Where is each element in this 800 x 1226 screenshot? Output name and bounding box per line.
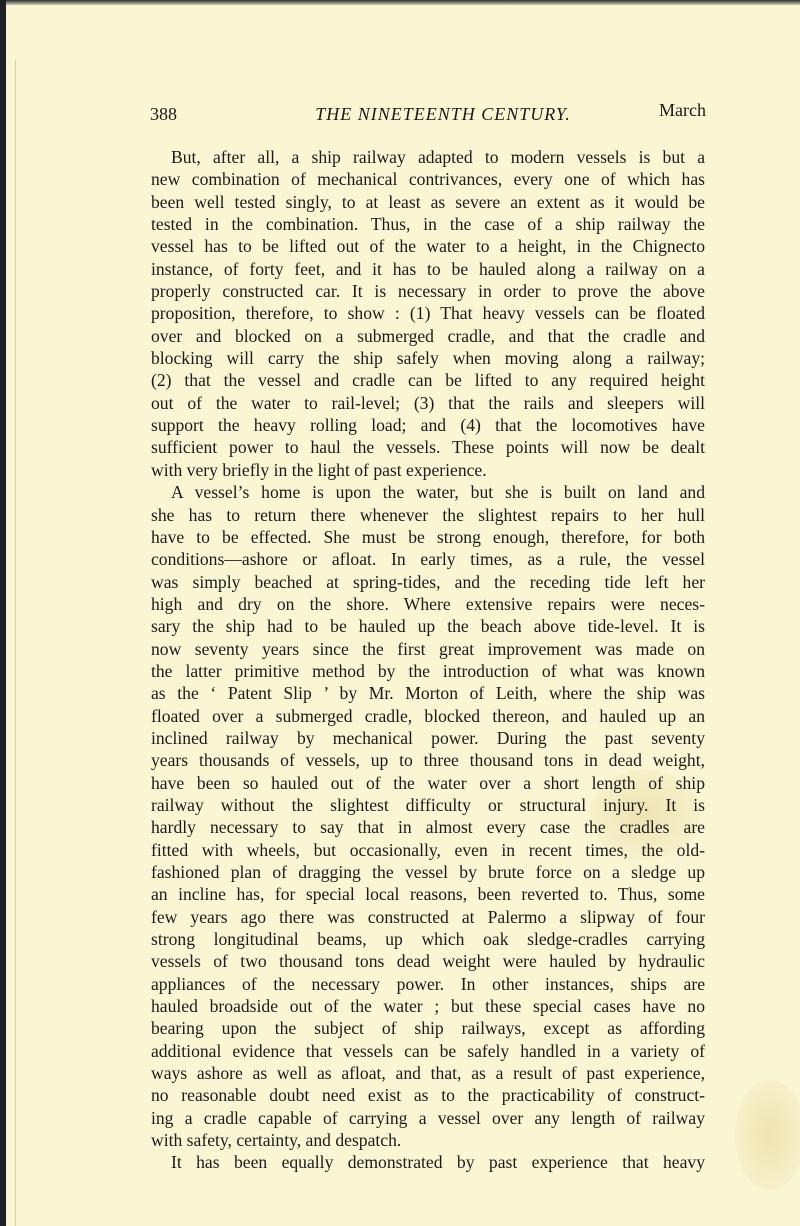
text-line: vessels of two thousand tons dead weight… <box>151 950 705 972</box>
text-line: as the ‘ Patent Slip ’ by Mr. Morton of … <box>151 682 705 704</box>
body-text: But, after all, a ship railway adapted t… <box>151 146 705 1174</box>
text-line: over and blocked on a submerged cradle, … <box>151 325 705 347</box>
text-line: vessel has to be lifted out of the water… <box>151 235 705 257</box>
text-line: (2) that the vessel and cradle can be li… <box>151 369 705 391</box>
text-line: instance, of forty feet, and it has to b… <box>151 258 705 280</box>
text-line: It has been equally demonstrated by past… <box>151 1151 705 1173</box>
text-line: additional evidence that vessels can be … <box>151 1040 705 1062</box>
running-head: 388 THE NINETEENTH CENTURY. March <box>150 104 706 128</box>
text-line: the latter primitive method by the intro… <box>151 660 705 682</box>
text-line: hardly necessary to say that in almost e… <box>151 816 705 838</box>
text-line: now seventy years since the first great … <box>151 638 705 660</box>
text-line: with safety, certainty, and despatch. <box>151 1129 705 1151</box>
text-line: sufficient power to haul the vessels. Th… <box>151 436 705 458</box>
text-line: high and dry on the shore. Where extensi… <box>151 593 705 615</box>
text-line: been well tested singly, to at least as … <box>151 191 705 213</box>
text-line: inclined railway by mechanical power. Du… <box>151 727 705 749</box>
text-line: proposition, therefore, to show : (1) Th… <box>151 302 705 324</box>
text-line: new combination of mechanical contrivanc… <box>151 168 705 190</box>
text-line: years thousands of vessels, up to three … <box>151 749 705 771</box>
text-line: fashioned plan of dragging the vessel by… <box>151 861 705 883</box>
text-line: have been so hauled out of the water ove… <box>151 772 705 794</box>
text-line: an incline has, for special local reason… <box>151 883 705 905</box>
text-line: ways ashore as well as afloat, and that,… <box>151 1062 705 1084</box>
text-line: appliances of the necessary power. In ot… <box>151 973 705 995</box>
text-line: But, after all, a ship railway adapted t… <box>151 146 705 168</box>
text-line: conditions—ashore or afloat. In early ti… <box>151 548 705 570</box>
text-line: A vessel’s home is upon the water, but s… <box>151 481 705 503</box>
text-line: tested in the combination. Thus, in the … <box>151 213 705 235</box>
text-line: sary the ship had to be hauled up the be… <box>151 615 705 637</box>
text-line: out of the water to rail-level; (3) that… <box>151 392 705 414</box>
text-line: fitted with wheels, but occasionally, ev… <box>151 839 705 861</box>
journal-title: THE NINETEENTH CENTURY. <box>150 104 706 125</box>
text-line: with very briefly in the light of past e… <box>151 459 705 481</box>
text-line: ing a cradle capable of carrying a vesse… <box>151 1107 705 1129</box>
text-line: support the heavy rolling load; and (4) … <box>151 414 705 436</box>
text-line: hauled broadside out of the water ; but … <box>151 995 705 1017</box>
text-line: properly constructed car. It is necessar… <box>151 280 705 302</box>
text-line: bearing upon the subject of ship railway… <box>151 1017 705 1039</box>
text-line: she has to return there whenever the sli… <box>151 504 705 526</box>
text-line: have to be effected. She must be strong … <box>151 526 705 548</box>
text-line: strong longitudinal beams, up which oak … <box>151 928 705 950</box>
text-line: no reasonable doubt need exist as to the… <box>151 1084 705 1106</box>
text-line: railway without the slightest difficulty… <box>151 794 705 816</box>
text-line: floated over a submerged cradle, blocked… <box>151 705 705 727</box>
text-line: was simply beached at spring-tides, and … <box>151 571 705 593</box>
text-line: few years ago there was constructed at P… <box>151 906 705 928</box>
issue-month: March <box>659 100 706 121</box>
text-line: blocking will carry the ship safely when… <box>151 347 705 369</box>
document-page: 388 THE NINETEENTH CENTURY. March But, a… <box>0 0 800 1226</box>
